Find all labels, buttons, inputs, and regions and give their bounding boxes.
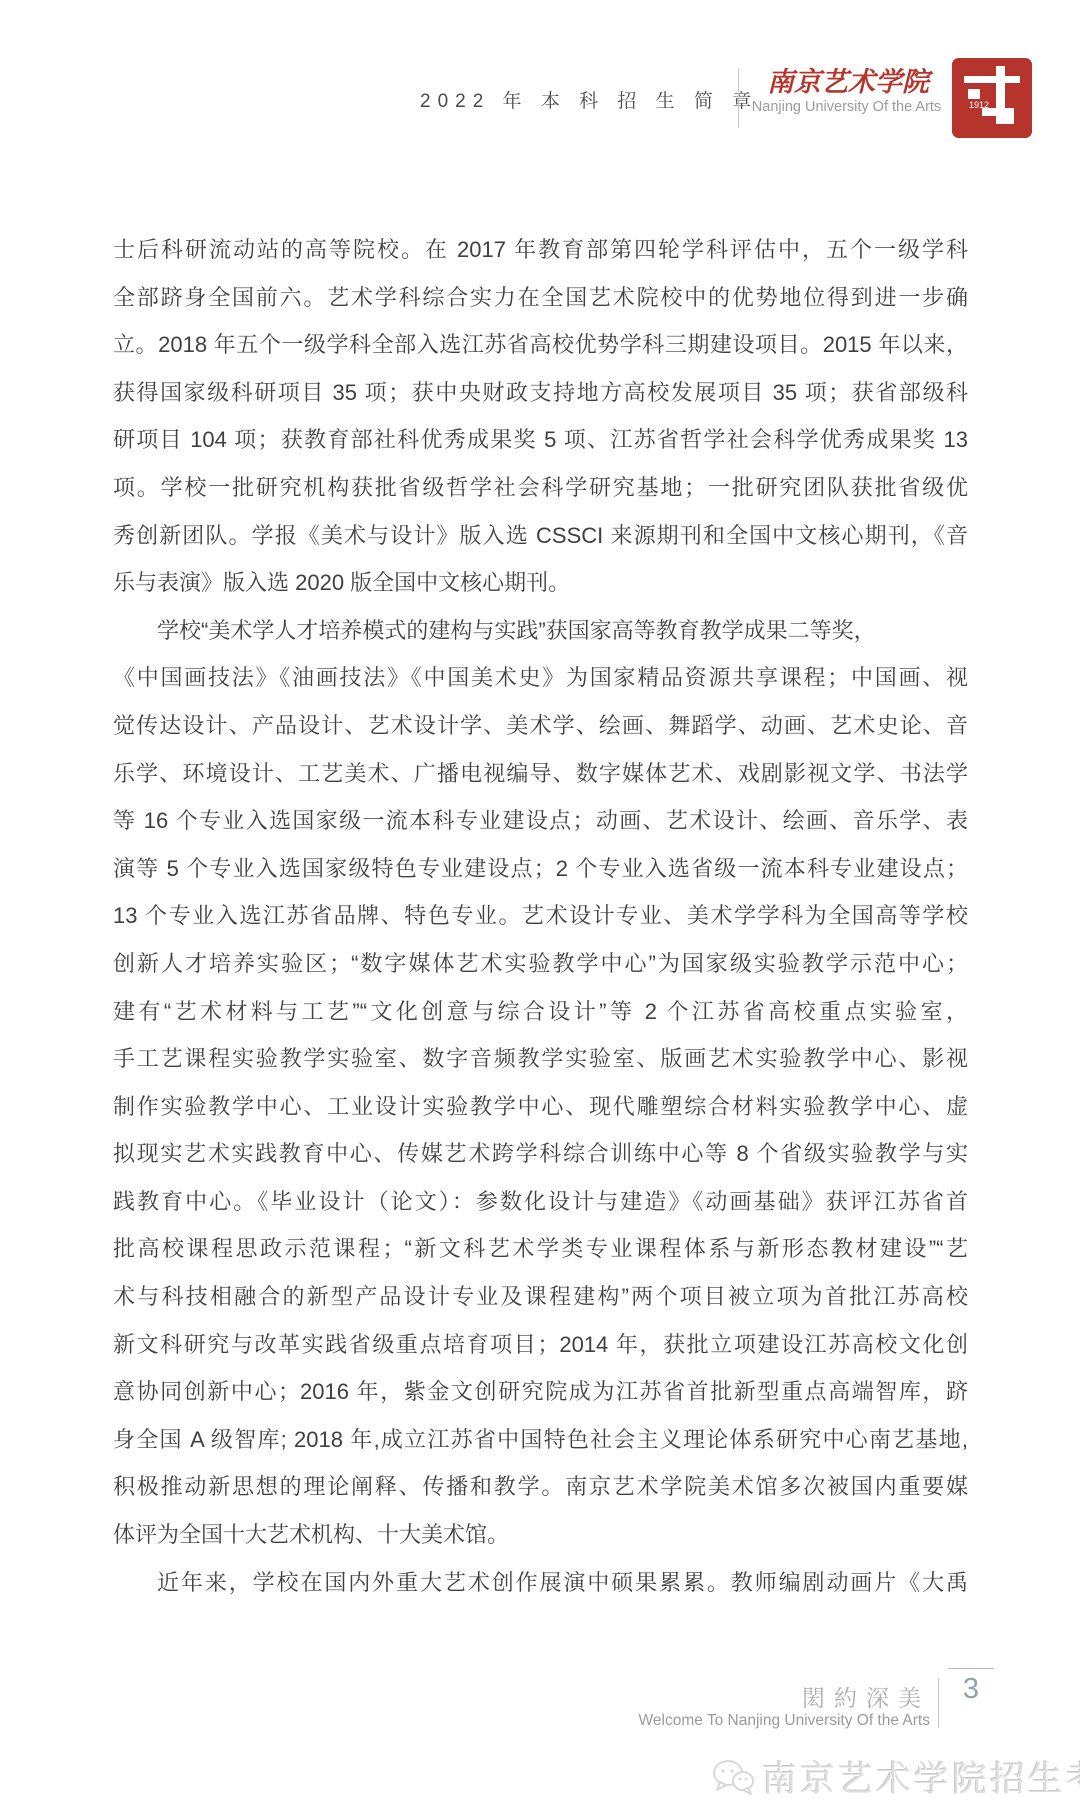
body-text-line: 士后科研流动站的高等院校。在 2017 年教育部第四轮学科评估中，五个一级学科 [113,226,968,274]
body-text-line: 觉传达设计、产品设计、艺术设计学、美术学、绘画、舞蹈学、动画、艺术史论、音 [113,702,968,750]
body-text-line: 身全国 A 级智库; 2018 年,成立江苏省中国特色社会主义理论体系研究中心南… [113,1416,968,1464]
body-text-line: 术与科技相融合的新型产品设计专业及课程建构”两个项目被立项为首批江苏高校 [113,1273,968,1321]
body-text-line: 全部跻身全国前六。艺术学科综合实力在全国艺术院校中的优势地位得到进一步确 [113,274,968,322]
body-text-line: 手工艺课程实验教学实验室、数字音频教学实验室、版画艺术实验教学中心、影视 [113,1035,968,1083]
body-text-line: 创新人才培养实验区；“数字媒体艺术实验教学中心”为国家级实验教学示范中心； [113,940,968,988]
brochure-page: { "page": { "width": 1080, "height": 181… [0,0,1080,1817]
body-text-line: 乐学、环境设计、工艺美术、广播电视编导、数字媒体艺术、戏剧影视文学、书法学 [113,750,968,798]
seal-year: 1912 [969,100,989,110]
body-text-line: 体评为全国十大艺术机构、十大美术馆。 [113,1511,968,1559]
university-logo-english: Nanjing University Of the Arts [744,99,949,115]
body-text-line: 拟现实艺术实践教育中心、传媒艺术跨学科综合训练中心等 8 个省级实验教学与实 [113,1130,968,1178]
wechat-watermark: 南京艺术学院招生考试 [712,1752,1080,1802]
wechat-icon [712,1758,754,1796]
body-text-line: 《中国画技法》《油画技法》《中国美术史》为国家精品资源共享课程；中国画、视 [113,654,968,702]
body-text-line: 学校“美术学人才培养模式的建构与实践”获国家高等教育教学成果二等奖， [113,607,968,655]
body-text-line: 批高校课程思政示范课程；“新文科艺术学类专业课程体系与新形态教材建设”“艺 [113,1225,968,1273]
university-logo-chinese: 南京艺术学院 [752,60,944,99]
body-text-line: 立。2018 年五个一级学科全部入选江苏省高校优势学科三期建设项目。2015 年… [113,321,968,369]
body-text-line: 制作实验教学中心、工业设计实验教学中心、现代雕塑综合材料实验教学中心、虚 [113,1083,968,1131]
watermark-text: 南京艺术学院招生考试 [762,1752,1080,1802]
body-text-line: 践教育中心。《毕业设计（论文）：参数化设计与建造》《动画基础》获评江苏省首 [113,1178,968,1226]
body-text-line: 新文科研究与改革实践省级重点培育项目；2014 年，获批立项建设江苏高校文化创 [113,1321,968,1369]
body-text-line: 乐与表演》版入选 2020 版全国中文核心期刊。 [113,559,968,607]
body-text-line: 项。学校一批研究机构获批省级哲学社会科学研究基地；一批研究团队获批省级优 [113,464,968,512]
body-text-line: 13 个专业入选江苏省品牌、特色专业。艺术设计专业、美术学学科为全国高等学校 [113,892,968,940]
welcome-text: Welcome To Nanjing University Of the Art… [639,1712,930,1730]
footer-divider [938,1678,939,1728]
body-text-line: 建有“艺术材料与工艺”“文化创意与综合设计”等 2 个江苏省高校重点实验室， [113,988,968,1036]
seal-glyph-icon: 1912 [952,58,1032,138]
body-text-line: 研项目 104 项；获教育部社科优秀成果奖 5 项、江苏省哲学社会科学优秀成果奖… [113,416,968,464]
body-text-line: 等 16 个专业入选国家级一流本科专业建设点；动画、艺术设计、绘画、音乐学、表 [113,797,968,845]
school-motto: 閎約深美 [802,1680,930,1713]
body-text-line: 获得国家级科研项目 35 项；获中央财政支持地方高校发展项目 35 项；获省部级… [113,369,968,417]
page-number: 3 [948,1668,994,1706]
body-text-line: 秀创新团队。学报《美术与设计》版入选 CSSCI 来源期刊和全国中文核心期刊，《… [113,512,968,560]
body-text-line: 近年来，学校在国内外重大艺术创作展演中硕果累累。教师编剧动画片《大禹 [113,1559,968,1607]
body-text-line: 意协同创新中心；2016 年，紫金文创研究院成为江苏省首批新型重点高端智库，跻 [113,1368,968,1416]
header-divider [738,68,739,128]
body-text: 士后科研流动站的高等院校。在 2017 年教育部第四轮学科评估中，五个一级学科全… [113,226,968,1606]
body-text-line: 积极推动新思想的理论阐释、传播和教学。南京艺术学院美术馆多次被国内重要媒 [113,1463,968,1511]
body-text-line: 演等 5 个专业入选国家级特色专业建设点；2 个专业入选省级一流本科专业建设点； [113,845,968,893]
page-title: 2022 年 本 科 招 生 简 章 [420,86,720,113]
university-seal-icon: 1912 [952,58,1032,138]
